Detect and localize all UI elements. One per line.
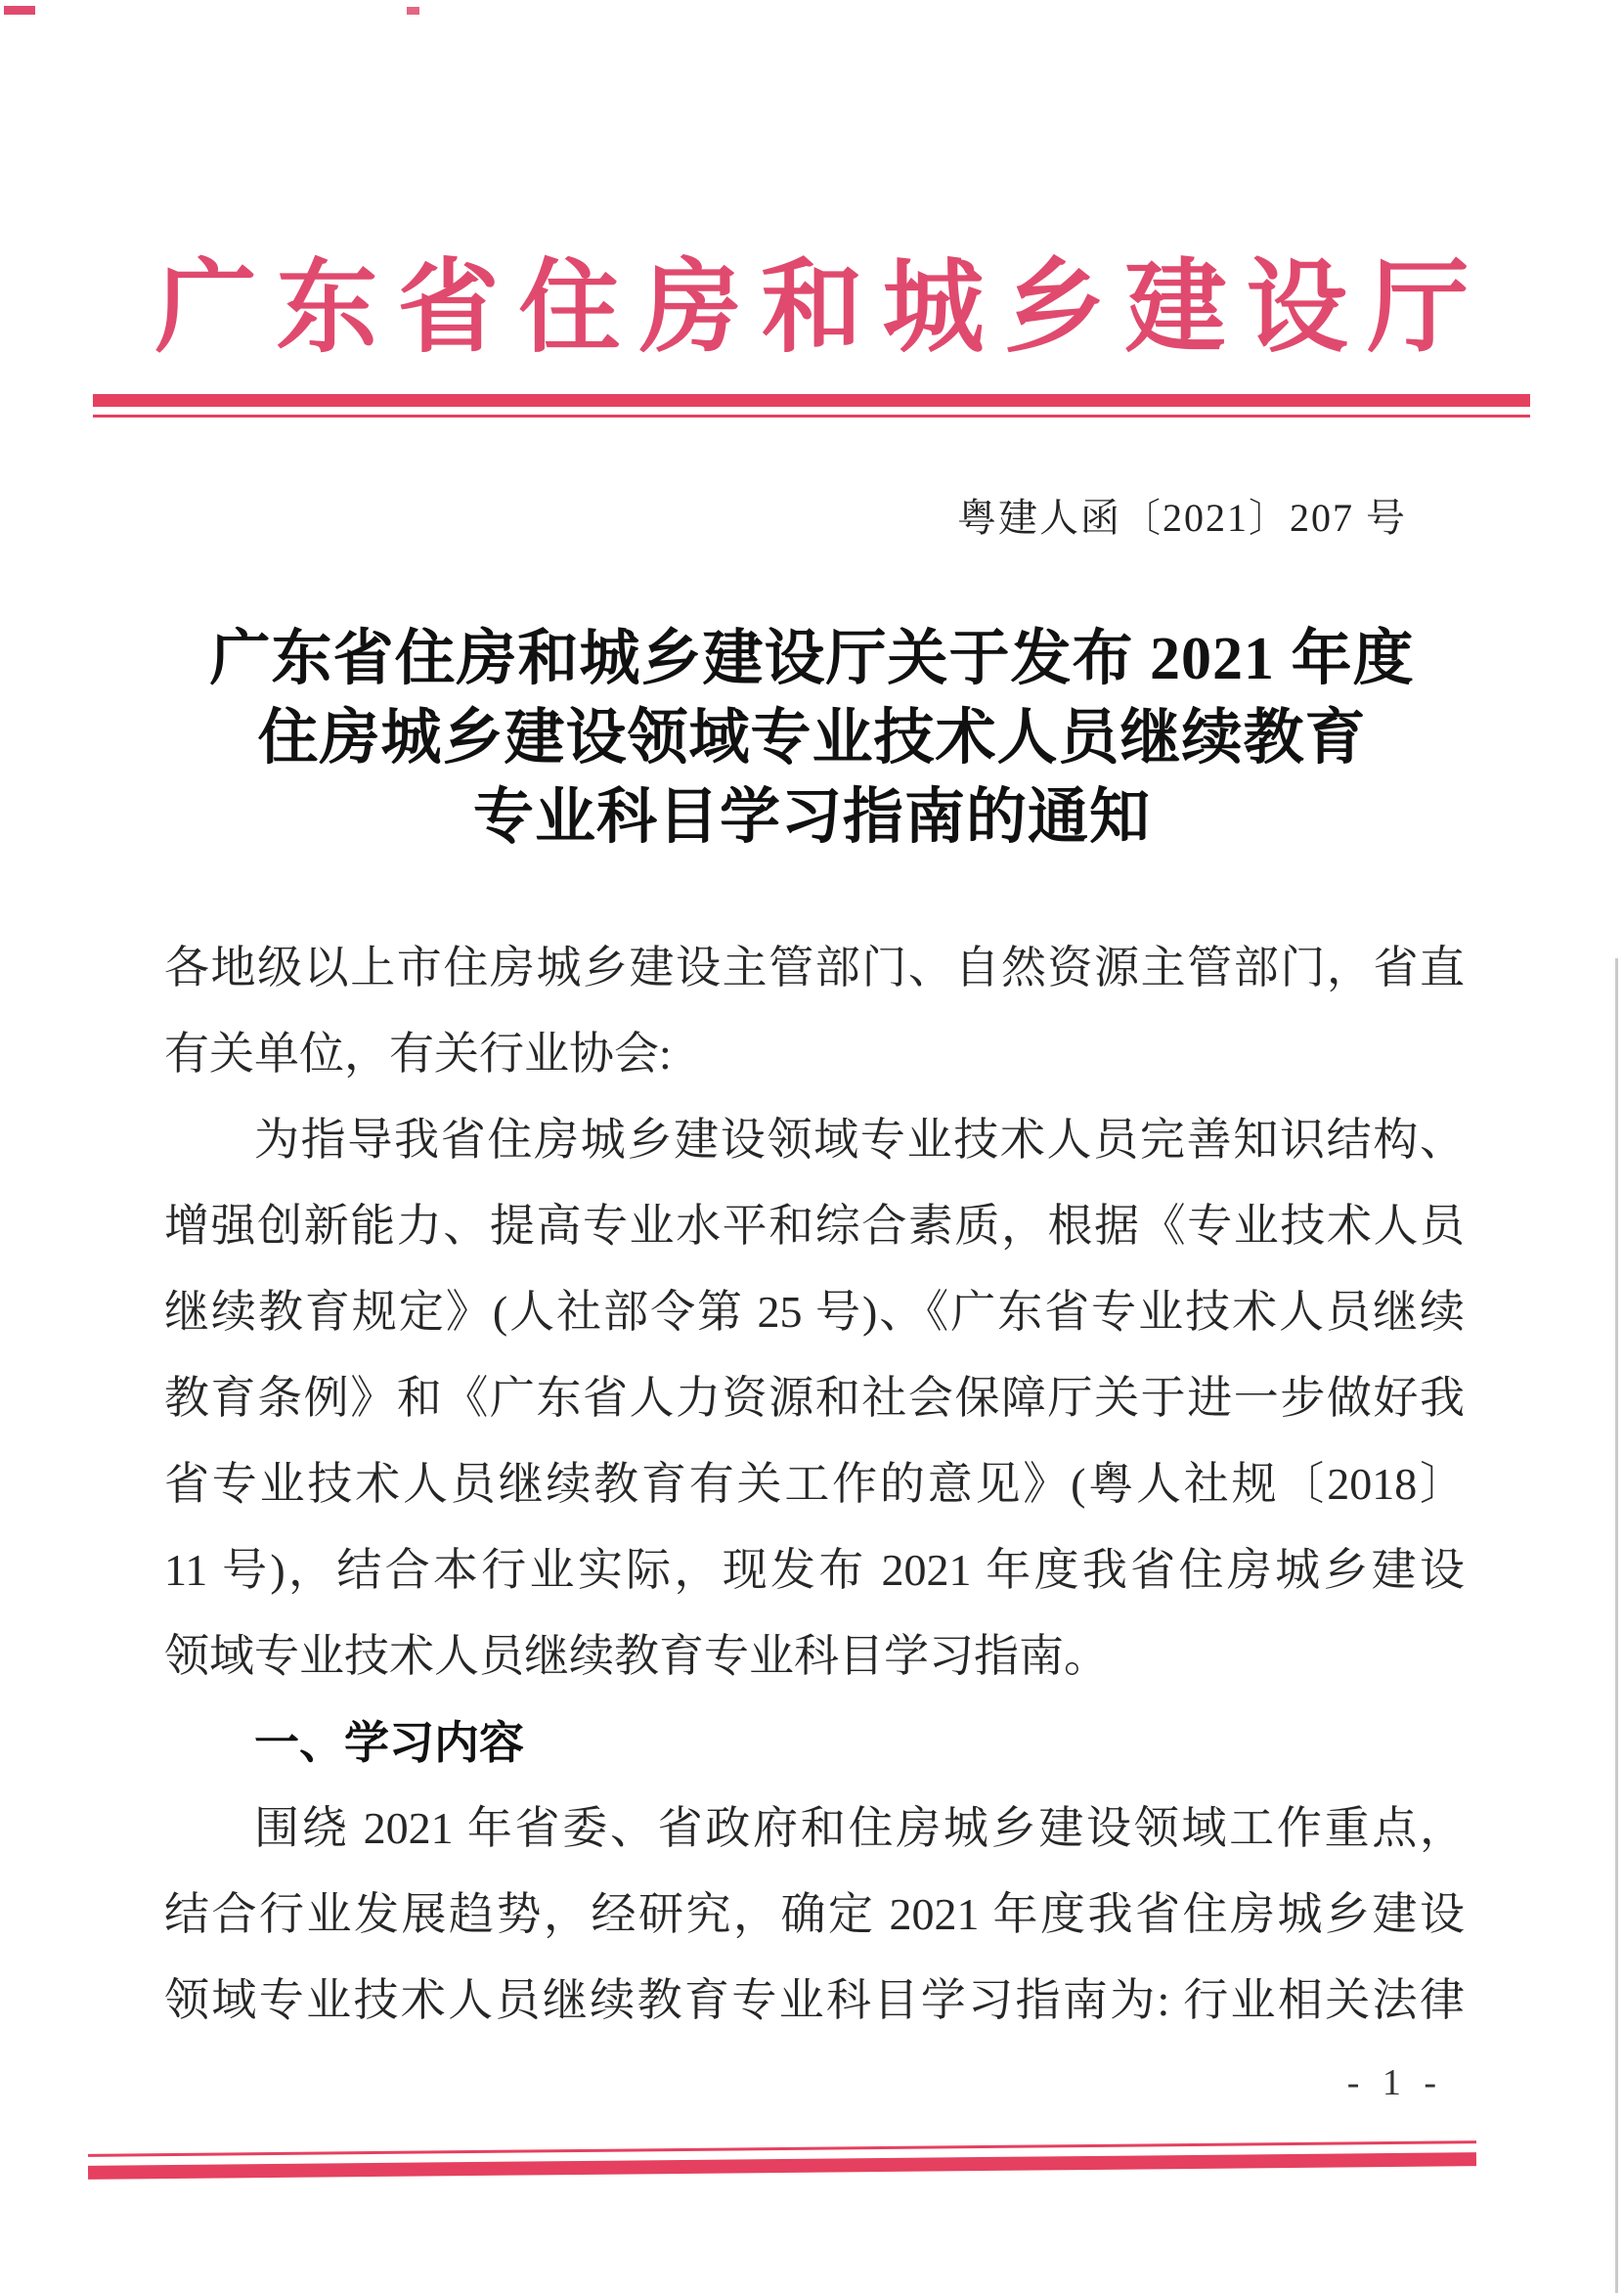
salutation-line: 各地级以上市住房城乡建设主管部门、自然资源主管部门，省直 bbox=[164, 925, 1465, 1011]
letterhead-rule-thin bbox=[93, 415, 1530, 418]
scan-edge-shadow bbox=[1615, 958, 1618, 2293]
document-page: 广东省住房和城乡建设厅 粤建人函〔2021〕207 号 广东省住房和城乡建设厅关… bbox=[0, 0, 1624, 2293]
body-line: 领域专业技术人员继续教育专业科目学习指南为: 行业相关法律 bbox=[164, 1958, 1465, 2044]
body-line: 11 号)，结合本行业实际，现发布 2021 年度我省住房城乡建设 bbox=[164, 1527, 1465, 1613]
page-number: - 1 - bbox=[1347, 2061, 1443, 2104]
document-body: 各地级以上市住房城乡建设主管部门、自然资源主管部门，省直 有关单位，有关行业协会… bbox=[164, 925, 1465, 2044]
doc-title-line-1: 广东省住房和城乡建设厅关于发布 2021 年度 bbox=[78, 620, 1546, 699]
body-line: 省专业技术人员继续教育有关工作的意见》(粤人社规〔2018〕 bbox=[164, 1441, 1465, 1527]
body-line: 继续教育规定》(人社部令第 25 号)、《广东省专业技术人员继续 bbox=[164, 1269, 1465, 1355]
body-line: 围绕 2021 年省委、省政府和住房城乡建设领域工作重点， bbox=[164, 1786, 1465, 1872]
letterhead-rule-thick bbox=[93, 394, 1530, 407]
scan-artifact-mark bbox=[4, 6, 35, 15]
salutation-line: 有关单位，有关行业协会: bbox=[164, 1011, 1465, 1097]
letterhead-org-name: 广东省住房和城乡建设厅 bbox=[0, 225, 1624, 372]
doc-title-line-3: 专业科目学习指南的通知 bbox=[78, 778, 1546, 858]
doc-number: 粤建人函〔2021〕207 号 bbox=[957, 487, 1407, 543]
body-line: 教育条例》和《广东省人力资源和社会保障厅关于进一步做好我 bbox=[164, 1355, 1465, 1441]
doc-title: 广东省住房和城乡建设厅关于发布 2021 年度 住房城乡建设领域专业技术人员继续… bbox=[78, 620, 1546, 858]
body-line: 领域专业技术人员继续教育专业科目学习指南。 bbox=[164, 1613, 1465, 1699]
body-line: 增强创新能力、提高专业水平和综合素质，根据《专业技术人员 bbox=[164, 1183, 1465, 1269]
doc-title-line-2: 住房城乡建设领域专业技术人员继续教育 bbox=[78, 699, 1546, 778]
section-heading: 一、学习内容 bbox=[164, 1699, 1465, 1786]
body-line: 结合行业发展趋势，经研究，确定 2021 年度我省住房城乡建设 bbox=[164, 1872, 1465, 1958]
scan-artifact-mark bbox=[407, 7, 419, 15]
footer-rule-thick bbox=[88, 2152, 1476, 2180]
body-line: 为指导我省住房城乡建设领域专业技术人员完善知识结构、 bbox=[164, 1097, 1465, 1183]
